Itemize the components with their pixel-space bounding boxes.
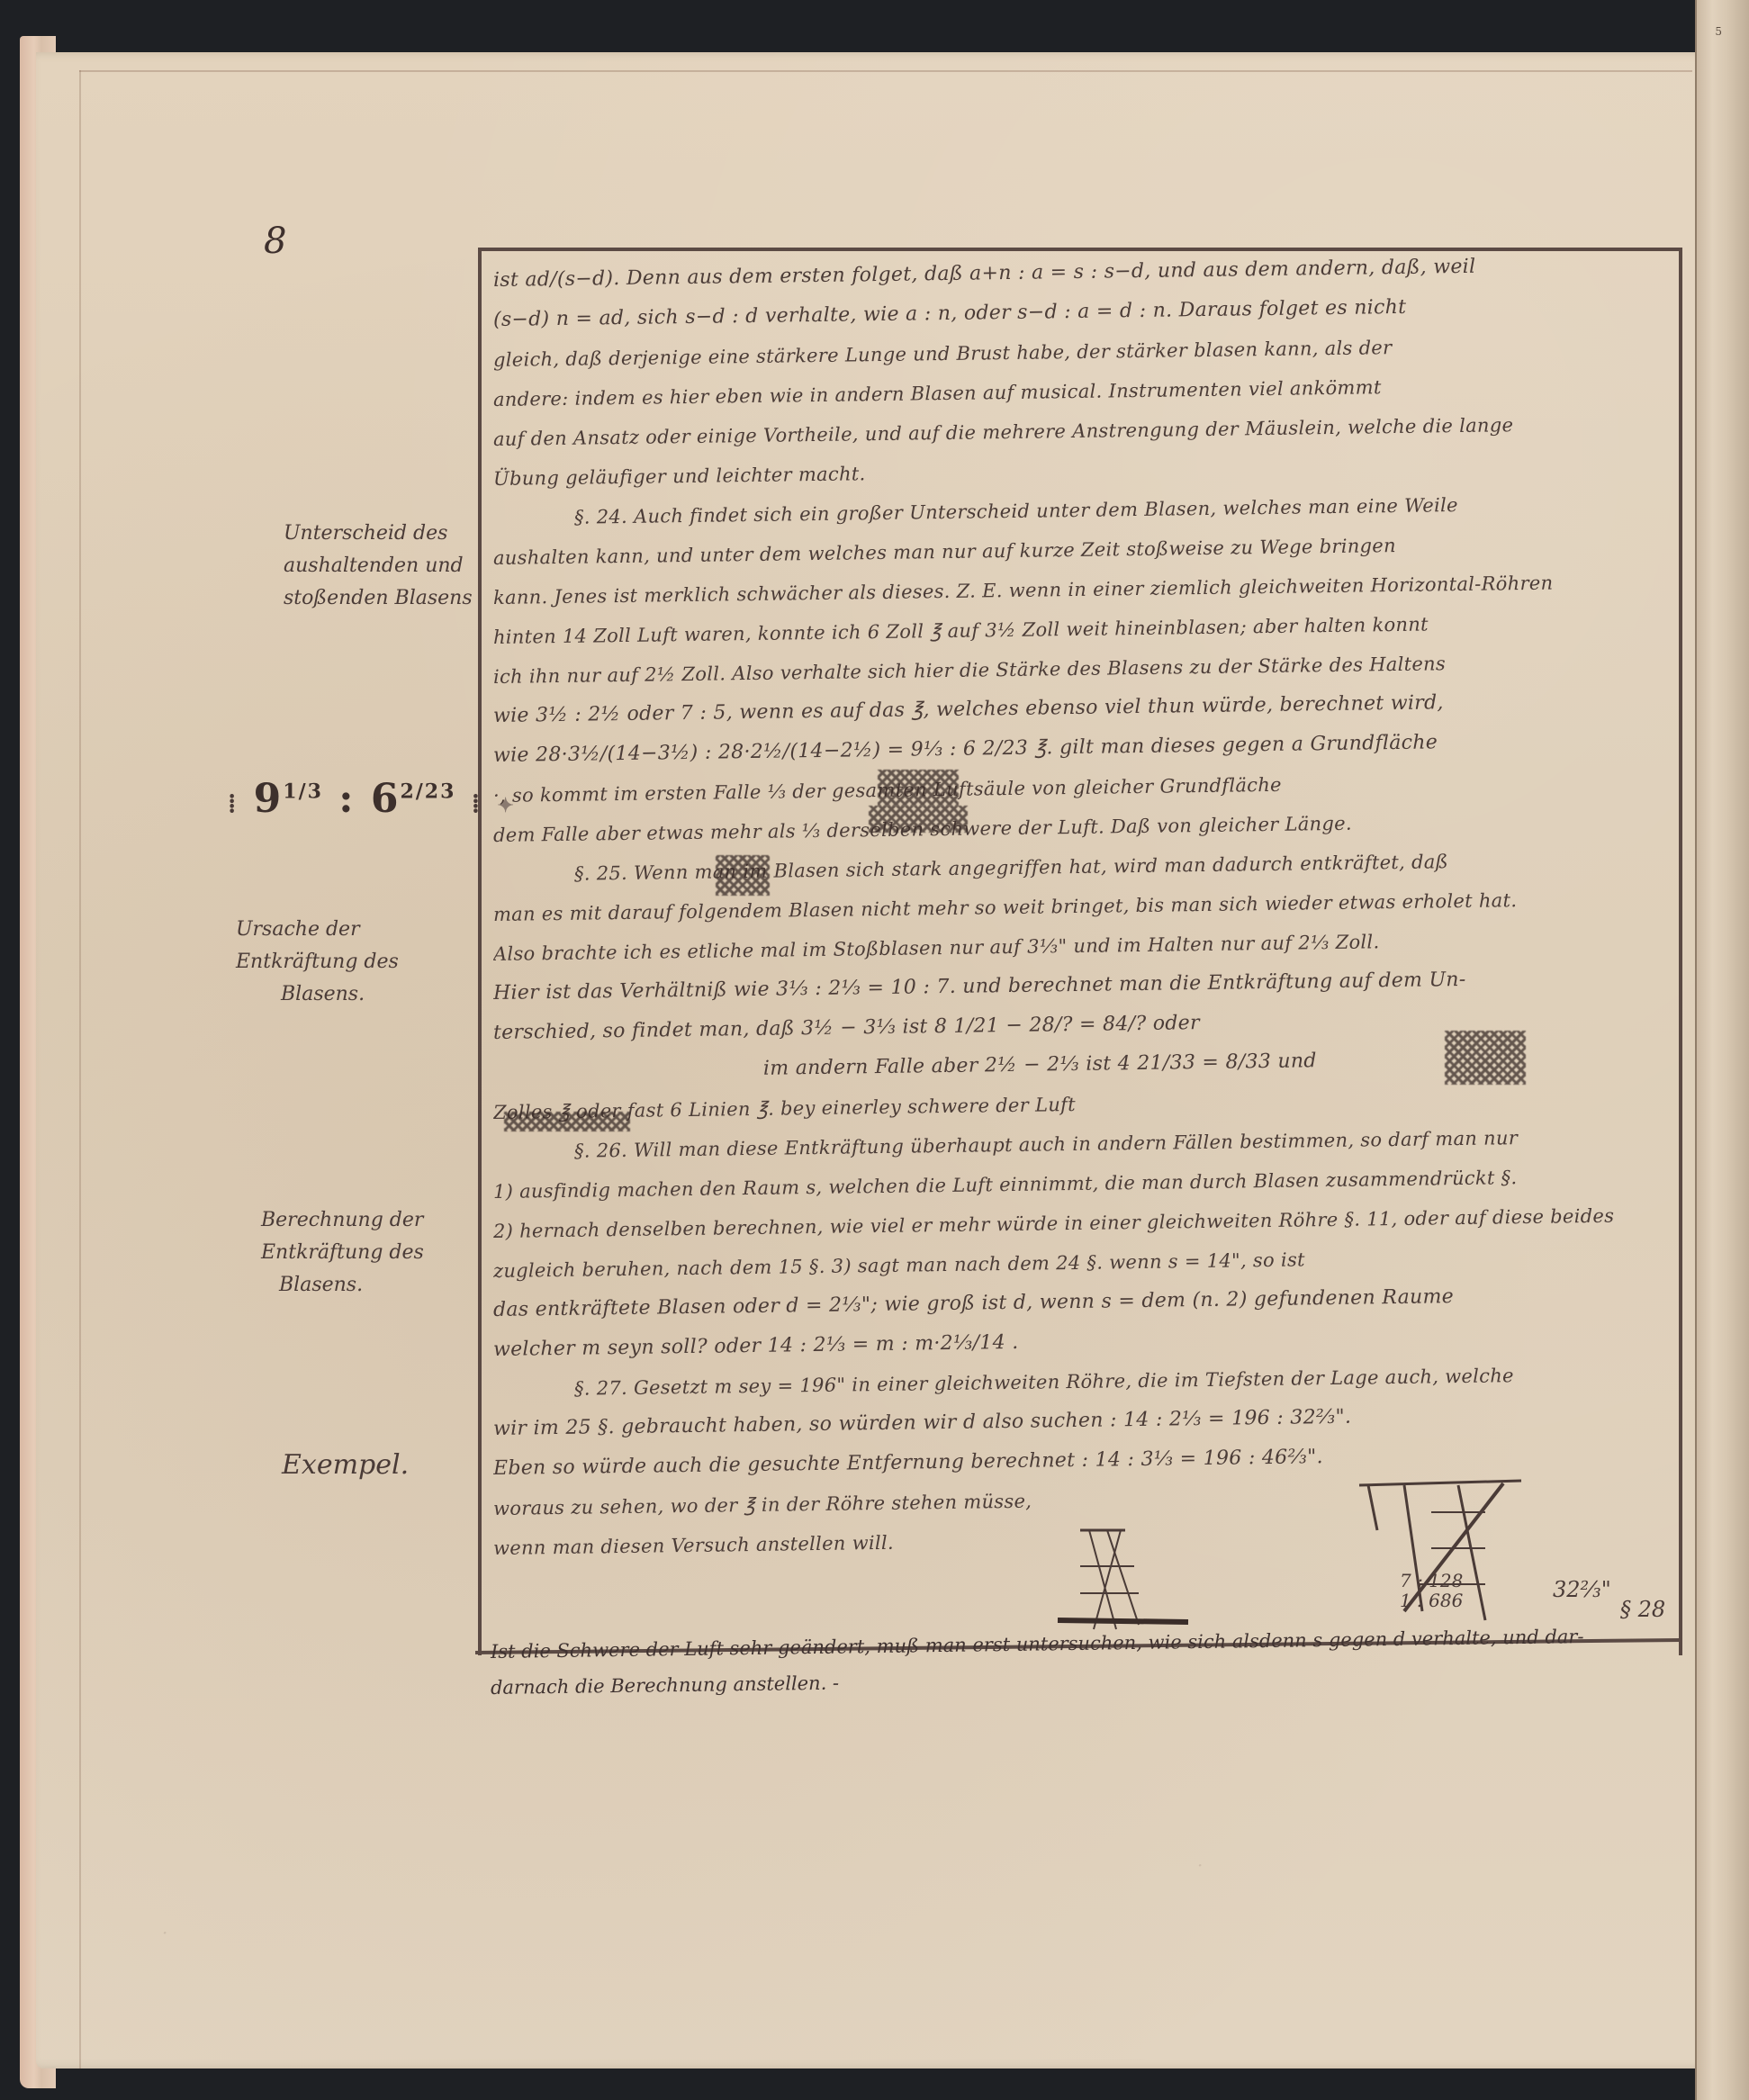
ratio-right-fraction: 2/23: [400, 780, 455, 803]
margin-note-line: Unterscheid des: [284, 518, 473, 550]
margin-note-line: stoßenden Blasens: [284, 582, 473, 615]
ink-blot-strikeout: [504, 1112, 630, 1131]
calc-line: 1 : 686: [1400, 1591, 1463, 1610]
ratio-left-whole: 9: [254, 776, 284, 822]
margin-note-line: Blasens.: [261, 1269, 424, 1302]
main-text-block: ist ad/(s−d). Denn aus dem ersten folget…: [493, 261, 1663, 1568]
margin-note-line: Ursache der: [236, 914, 399, 946]
ink-blot-strikeout: [716, 855, 770, 896]
ink-blot-strikeout: [869, 806, 968, 833]
margin-note-berechnung: Berechnung der Entkräftung des Blasens.: [261, 1204, 424, 1302]
book-spine: 5: [1695, 0, 1749, 2100]
margin-note-exempel: Exempel.: [282, 1449, 409, 1482]
ratio-separator: :: [338, 776, 355, 822]
margin-note-line: Blasens.: [236, 978, 399, 1011]
calc-result: 32⅔": [1553, 1573, 1611, 1606]
folio-number: 8: [264, 221, 286, 262]
bleed-through-mark: ·: [1197, 1854, 1203, 1876]
footnote: Ist die Schwere der Luft sehr geändert, …: [491, 1634, 1688, 1706]
bleed-through-mark: ·: [162, 1922, 167, 1943]
crossed-out-sketch: [1053, 1521, 1197, 1638]
working-calc-text: 7 : 128 1 : 686: [1400, 1571, 1463, 1610]
spine-mark: 5: [1715, 25, 1722, 38]
margin-note-line: Berechnung der: [261, 1204, 424, 1237]
ratio-right-whole: 6: [371, 776, 401, 822]
margin-ratio: ⁞ 91/3 : 62/23 ⁞ ✦: [228, 776, 516, 822]
margin-note-line: Entkräftung des: [236, 946, 399, 978]
margin-note-unterschied: Unterscheid des aushaltenden und stoßend…: [284, 518, 473, 615]
calc-line: 7 : 128: [1400, 1571, 1463, 1591]
inner-rule-top: [79, 70, 1692, 72]
ink-blot-strikeout: [878, 770, 959, 806]
margin-note-line: aushaltenden und: [284, 550, 473, 582]
ink-blot-strikeout: [1445, 1031, 1526, 1085]
margin-note-ursache: Ursache der Entkräftung des Blasens.: [236, 914, 399, 1011]
dotted-bracket: ⁞: [228, 789, 238, 818]
margin-note-line: Entkräftung des: [261, 1237, 424, 1269]
ratio-left-fraction: 1/3: [283, 780, 323, 803]
inner-rule-left: [79, 70, 81, 2068]
